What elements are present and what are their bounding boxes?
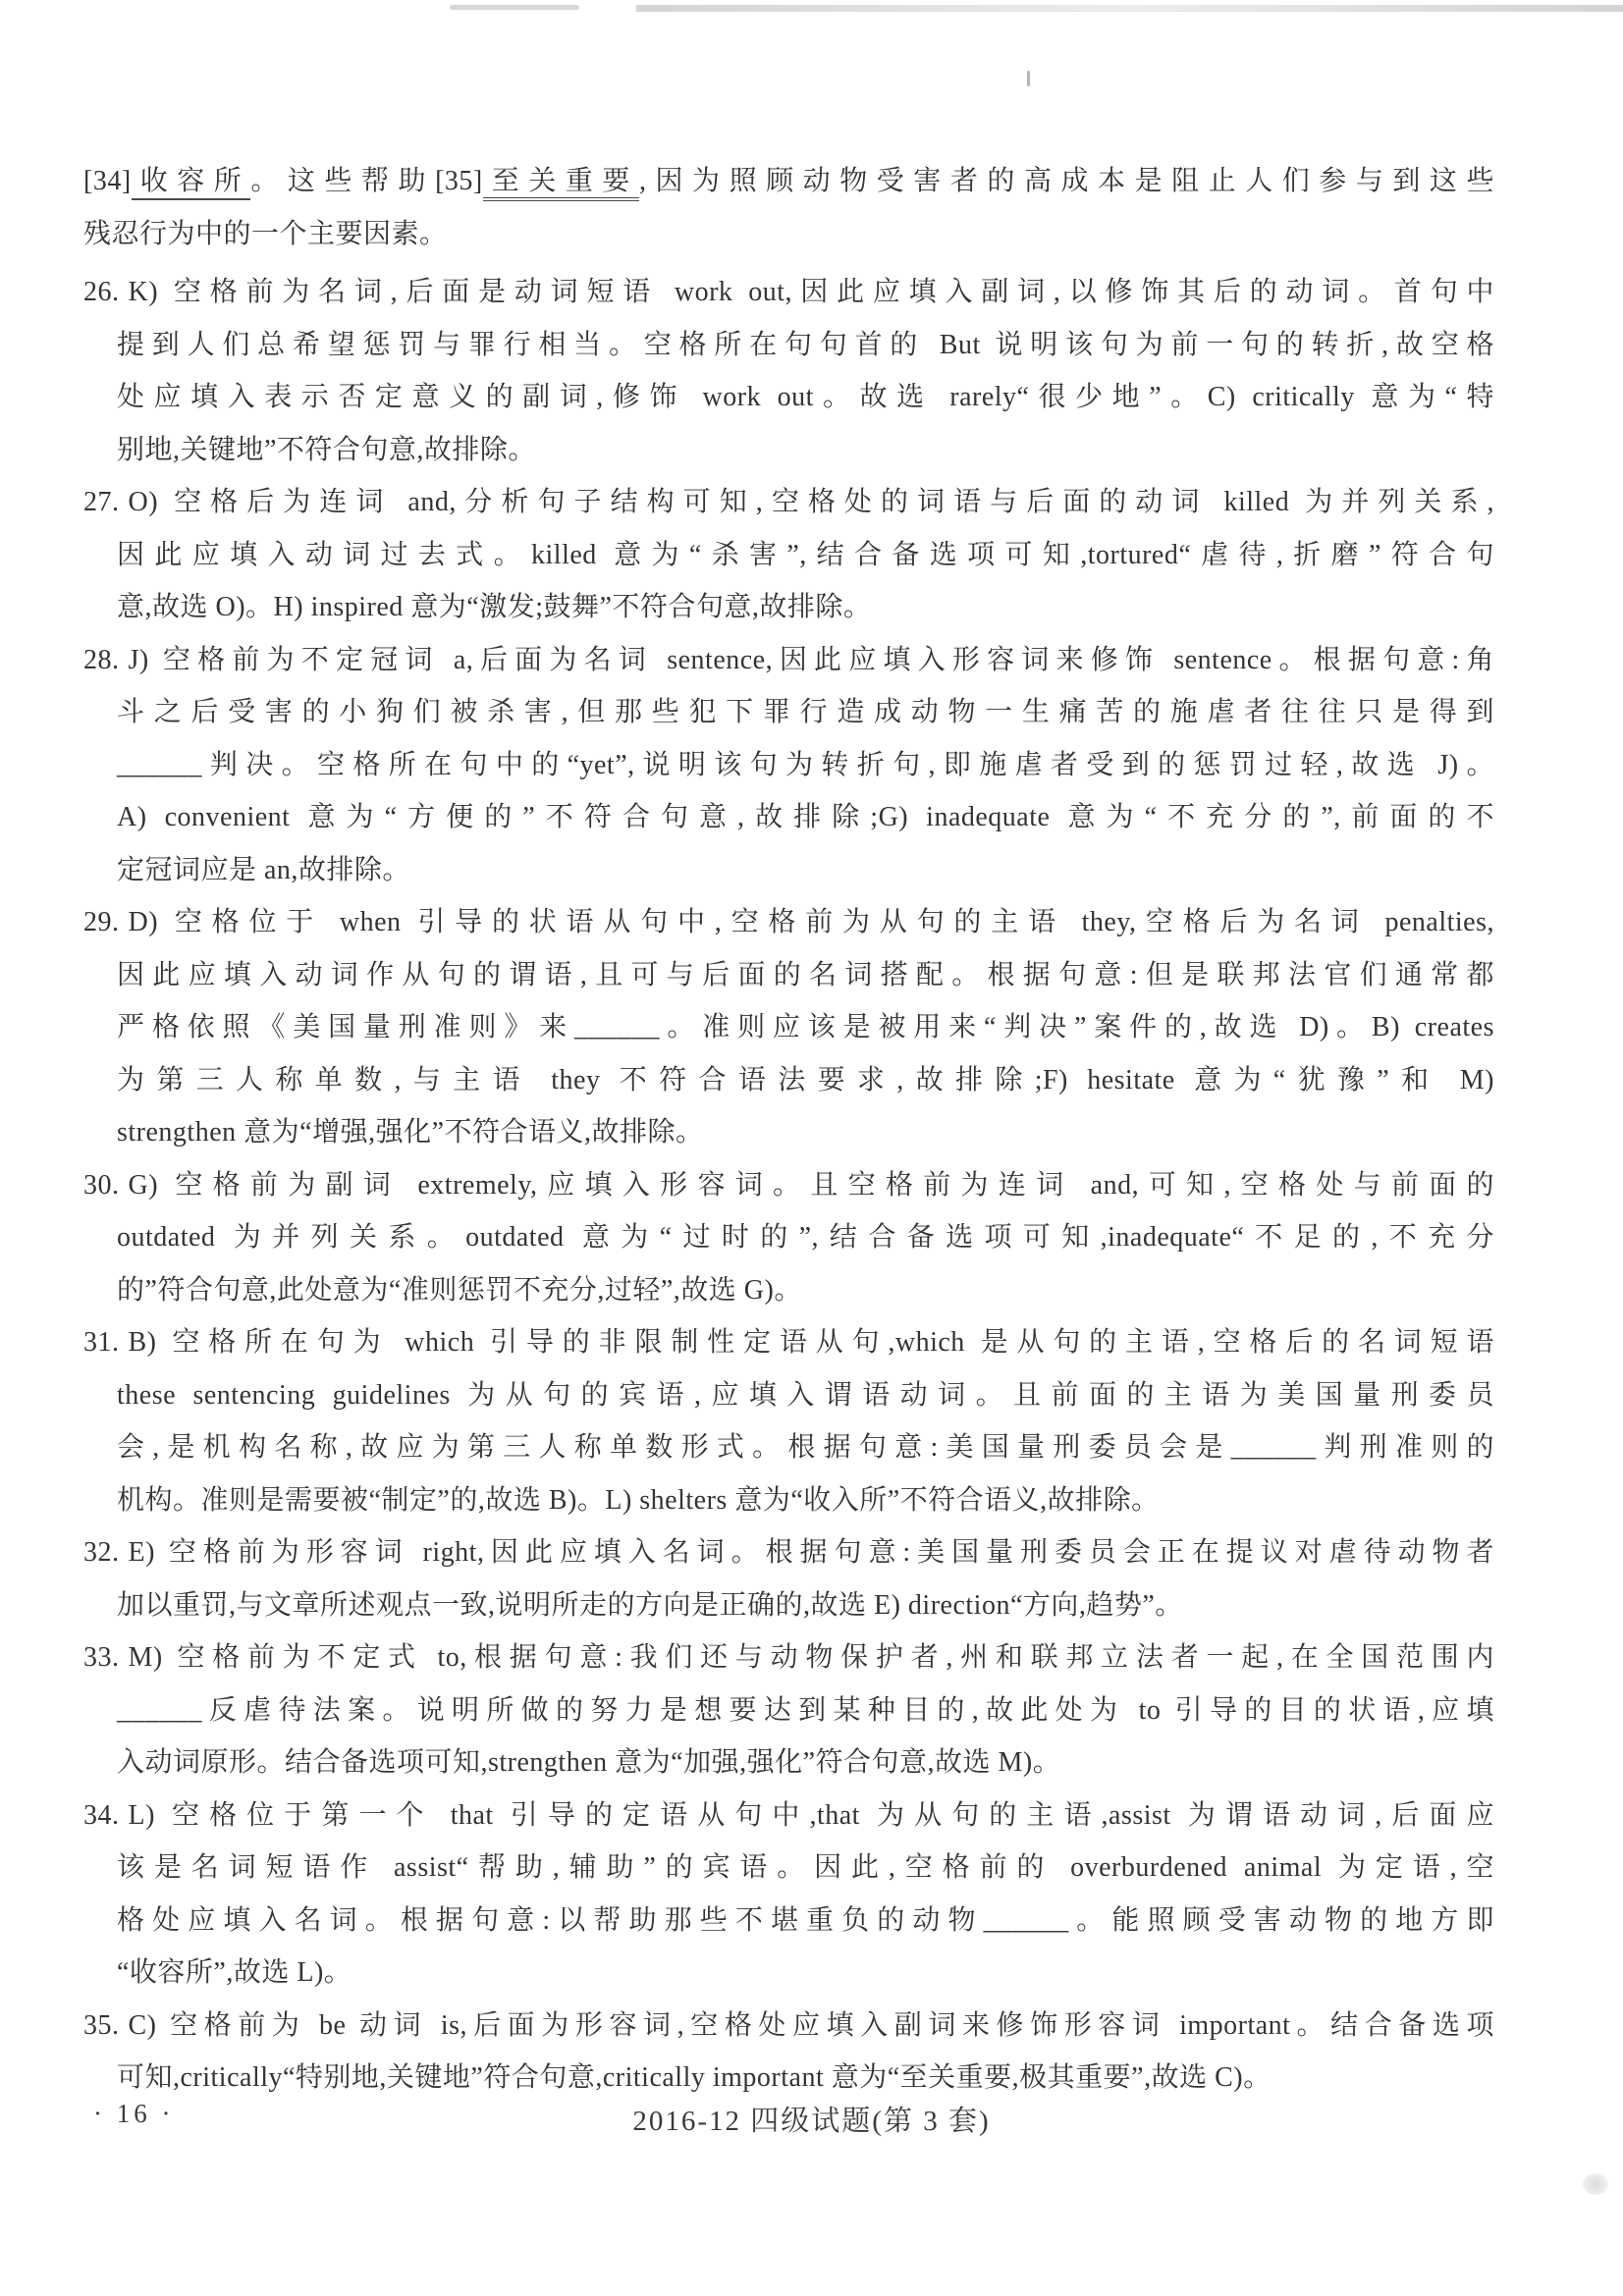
item-line: 因此应填入动词作从句的谓语,且可与后面的名词搭配。根据句意:但是联邦法官们通常都 — [83, 949, 1494, 1002]
item-number: 27. — [83, 487, 120, 517]
item-line: ______反虐待法案。说明所做的努力是想要达到某种目的,故此处为 to 引导的… — [83, 1684, 1494, 1737]
intro-paragraph: [34]收容所。这些帮助[35]至关重要,因为照顾动物受害者的高成本是阻止人们参… — [83, 155, 1494, 260]
item-line: 入动词原形。结合备选项可知,strengthen 意为“加强,强化”符合句意,故… — [83, 1736, 1494, 1789]
item-text: C) 空格前为 be 动词 is,后面为形容词,空格处应填入副词来修饰形容词 i… — [129, 2010, 1495, 2041]
item-line: 处应填入表示否定意义的副词,修饰 work out。故选 rarely“很少地”… — [83, 371, 1494, 424]
explanation-item: 35.C) 空格前为 be 动词 is,后面为形容词,空格处应填入副词来修饰形容… — [83, 2000, 1494, 2105]
item-number: 33. — [83, 1642, 120, 1673]
item-text: E) 空格前为形容词 right,因此应填入名词。根据句意:美国量刑委员会正在提… — [129, 1537, 1495, 1568]
item-line: 机构。准则是需要被“制定”的,故选 B)。L) shelters 意为“收入所”… — [83, 1474, 1494, 1527]
filled-blank-answer: 至关重要 — [483, 166, 639, 201]
item-line: 为第三人称单数,与主语 they 不符合语法要求,故排除;F) hesitate… — [83, 1054, 1494, 1107]
intro-line: 残忍行为中的一个主要因素。 — [83, 208, 1494, 261]
item-line: strengthen 意为“增强,强化”不符合语义,故排除。 — [83, 1106, 1494, 1159]
text-segment: [34] — [83, 166, 132, 196]
item-line: 31.B) 空格所在句为 which 引导的非限制性定语从句,which 是从句… — [83, 1316, 1494, 1369]
item-line: these sentencing guidelines 为从句的宾语,应填入谓语… — [83, 1369, 1494, 1422]
item-line: 的”符合句意,此处意为“准则惩罚不充分,过轻”,故选 G)。 — [83, 1264, 1494, 1317]
item-line: 该是名词短语作 assist“帮助,辅助”的宾语。因此,空格前的 overbur… — [83, 1842, 1494, 1895]
item-line: 加以重罚,与文章所述观点一致,说明所走的方向是正确的,故选 E) directi… — [83, 1579, 1494, 1632]
text-segment: 。这些帮助[35] — [250, 166, 482, 196]
item-line: 29.D) 空格位于 when 引导的状语从句中,空格前为从句的主语 they,… — [83, 896, 1494, 949]
scanned-exam-page: [34]收容所。这些帮助[35]至关重要,因为照顾动物受害者的高成本是阻止人们参… — [0, 0, 1623, 2296]
item-text: K) 空格前为名词,后面是动词短语 work out,因此应填入副词,以修饰其后… — [129, 277, 1495, 307]
item-line: “收容所”,故选 L)。 — [83, 1947, 1494, 2000]
item-number: 30. — [83, 1170, 120, 1201]
item-line: 33.M) 空格前为不定式 to,根据句意:我们还与动物保护者,州和联邦立法者一… — [83, 1631, 1494, 1684]
item-text: G) 空格前为副词 extremely,应填入形容词。且空格前为连词 and,可… — [129, 1170, 1495, 1201]
item-number: 34. — [83, 1800, 120, 1831]
text-segment: 残忍行为中的一个主要因素。 — [83, 219, 448, 249]
explanation-item: 33.M) 空格前为不定式 to,根据句意:我们还与动物保护者,州和联邦立法者一… — [83, 1631, 1494, 1789]
item-line: 意,故选 O)。H) inspired 意为“激发;鼓舞”不符合句意,故排除。 — [83, 581, 1494, 634]
footer-document-label: 2016-12 四级试题(第 3 套) — [0, 2099, 1623, 2139]
scan-artifact — [450, 5, 579, 10]
text-segment: ,因为照顾动物受害者的高成本是阻止人们参与到这些 — [639, 166, 1494, 196]
item-line: 严格依照《美国量刑准则》来______。准则应该是被用来“判决”案件的,故选 D… — [83, 1001, 1494, 1054]
explanation-item: 27.O) 空格后为连词 and,分析句子结构可知,空格处的词语与后面的动词 k… — [83, 476, 1494, 634]
item-line: 斗之后受害的小狗们被杀害,但那些犯下罪行造成动物一生痛苦的施虐者往往只是得到 — [83, 686, 1494, 739]
explanation-item: 30.G) 空格前为副词 extremely,应填入形容词。且空格前为连词 an… — [83, 1159, 1494, 1317]
item-line: 格处应填入名词。根据句意:以帮助那些不堪重负的动物______。能照顾受害动物的… — [83, 1895, 1494, 1948]
item-number: 32. — [83, 1537, 120, 1568]
item-line: A) convenient 意为“方便的”不符合句意,故排除;G) inadeq… — [83, 791, 1494, 844]
scan-artifact — [1027, 71, 1030, 86]
explanation-item: 32.E) 空格前为形容词 right,因此应填入名词。根据句意:美国量刑委员会… — [83, 1526, 1494, 1631]
scan-artifact — [636, 5, 1623, 12]
item-text: O) 空格后为连词 and,分析句子结构可知,空格处的词语与后面的动词 kill… — [129, 487, 1495, 517]
page-content: [34]收容所。这些帮助[35]至关重要,因为照顾动物受害者的高成本是阻止人们参… — [83, 155, 1494, 2105]
explanation-item: 31.B) 空格所在句为 which 引导的非限制性定语从句,which 是从句… — [83, 1316, 1494, 1526]
scan-artifact — [1583, 2173, 1608, 2195]
item-line: 可知,critically“特别地,关键地”符合句意,critically im… — [83, 2052, 1494, 2105]
item-line: 34.L) 空格位于第一个 that 引导的定语从句中,that 为从句的主语,… — [83, 1789, 1494, 1842]
explanation-item: 28.J) 空格前为不定冠词 a,后面为名词 sentence,因此应填入形容词… — [83, 634, 1494, 897]
item-line: 32.E) 空格前为形容词 right,因此应填入名词。根据句意:美国量刑委员会… — [83, 1526, 1494, 1579]
item-line: 26.K) 空格前为名词,后面是动词短语 work out,因此应填入副词,以修… — [83, 266, 1494, 319]
item-line: 定冠词应是 an,故排除。 — [83, 844, 1494, 897]
item-line: 别地,关键地”不符合句意,故排除。 — [83, 424, 1494, 477]
item-line: ______判决。空格所在句中的“yet”,说明该句为转折句,即施虐者受到的惩罚… — [83, 739, 1494, 792]
item-number: 28. — [83, 645, 120, 675]
item-text: D) 空格位于 when 引导的状语从句中,空格前为从句的主语 they,空格后… — [129, 907, 1495, 937]
item-number: 35. — [83, 2010, 120, 2041]
filled-blank-answer: 收容所 — [132, 166, 251, 200]
item-line: outdated 为并列关系。outdated 意为“过时的”,结合备选项可知,… — [83, 1211, 1494, 1264]
item-number: 31. — [83, 1327, 120, 1358]
item-number: 29. — [83, 907, 120, 937]
item-line: 提到人们总希望惩罚与罪行相当。空格所在句句首的 But 说明该句为前一句的转折,… — [83, 319, 1494, 372]
item-line: 会,是机构名称,故应为第三人称单数形式。根据句意:美国量刑委员会是______判… — [83, 1421, 1494, 1474]
item-number: 26. — [83, 277, 120, 307]
explanation-list: 26.K) 空格前为名词,后面是动词短语 work out,因此应填入副词,以修… — [83, 266, 1494, 2105]
item-text: M) 空格前为不定式 to,根据句意:我们还与动物保护者,州和联邦立法者一起,在… — [129, 1642, 1495, 1673]
item-line: 30.G) 空格前为副词 extremely,应填入形容词。且空格前为连词 an… — [83, 1159, 1494, 1212]
item-line: 35.C) 空格前为 be 动词 is,后面为形容词,空格处应填入副词来修饰形容… — [83, 2000, 1494, 2053]
explanation-item: 26.K) 空格前为名词,后面是动词短语 work out,因此应填入副词,以修… — [83, 266, 1494, 476]
item-line: 28.J) 空格前为不定冠词 a,后面为名词 sentence,因此应填入形容词… — [83, 634, 1494, 687]
item-line: 因此应填入动词过去式。killed 意为“杀害”,结合备选项可知,torture… — [83, 529, 1494, 582]
explanation-item: 29.D) 空格位于 when 引导的状语从句中,空格前为从句的主语 they,… — [83, 896, 1494, 1159]
item-text: J) 空格前为不定冠词 a,后面为名词 sentence,因此应填入形容词来修饰… — [129, 645, 1495, 675]
item-line: 27.O) 空格后为连词 and,分析句子结构可知,空格处的词语与后面的动词 k… — [83, 476, 1494, 529]
explanation-item: 34.L) 空格位于第一个 that 引导的定语从句中,that 为从句的主语,… — [83, 1789, 1494, 2000]
intro-line: [34]收容所。这些帮助[35]至关重要,因为照顾动物受害者的高成本是阻止人们参… — [83, 155, 1494, 208]
item-text: B) 空格所在句为 which 引导的非限制性定语从句,which 是从句的主语… — [129, 1327, 1495, 1358]
item-text: L) 空格位于第一个 that 引导的定语从句中,that 为从句的主语,ass… — [129, 1800, 1495, 1831]
